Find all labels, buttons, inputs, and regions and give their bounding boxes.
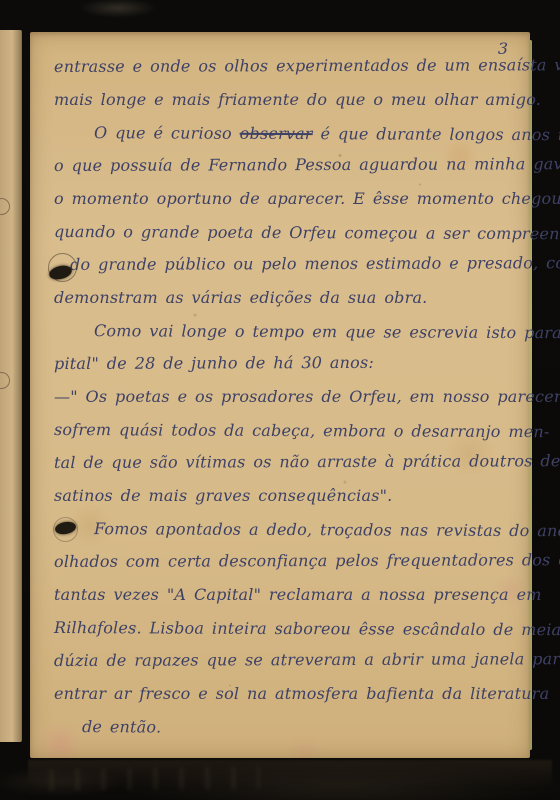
manuscript-line-20: entrar ar fresco e sol na atmosfera bafi… (54, 677, 516, 710)
manuscript-line-14: satinos de mais graves consequências". (54, 479, 516, 512)
manuscript-line-2: mais longe e mais friamente do que o meu… (54, 83, 516, 116)
adjacent-page-strip (0, 30, 22, 742)
manuscript-line-6: quando o grande poeta de Orfeu começou a… (54, 215, 516, 250)
underlying-page-shadow (28, 760, 552, 800)
manuscript-line-11: —" Os poetas e os prosadores de Orfeu, e… (54, 380, 516, 413)
manuscript-line-1: entrasse e onde os olhos experimentados … (54, 48, 516, 83)
punch-hole-ring (0, 198, 10, 215)
manuscript-line-18: Rilhafoles. Lisboa inteira saboreou êsse… (54, 611, 516, 646)
manuscript-line-5: o momento oportuno de aparecer. E êsse m… (54, 182, 516, 215)
manuscript-line-13: tal de que são vítimas os não arraste à … (54, 444, 516, 479)
manuscript-line-21: de então. (54, 710, 516, 745)
line3-after: é que durante longos anos tudo (313, 124, 560, 144)
manuscript-line-16: olhados com certa desconfiança pelos fre… (54, 543, 516, 578)
manuscript-line-7: do grande público ou pelo menos estimado… (54, 246, 516, 281)
manuscript-line-12: sofrem quási todos da cabeça, embora o d… (54, 413, 516, 448)
manuscript-line-3: O que é curioso observar é que durante l… (54, 116, 516, 151)
manuscript-line-9: Como vai longe o tempo em que se escrevi… (54, 314, 516, 349)
manuscript-line-10: pital" de 28 de junho de há 30 anos: (54, 345, 516, 380)
punch-hole-ring (0, 372, 10, 389)
manuscript-line-15: Fomos apontados a dedo, troçados nas rev… (54, 512, 516, 547)
underlying-page-faint-text (40, 767, 260, 791)
manuscript-page: 3 entrasse e onde os olhos experimentado… (30, 32, 530, 758)
manuscript-line-4: o que possuía de Fernando Pessoa aguardo… (54, 147, 516, 182)
manuscript-line-17: tantas vezes "A Capital" reclamara a nos… (54, 578, 516, 611)
manuscript-text: entrasse e onde os olhos experimentados … (54, 50, 516, 743)
line3-before: O que é curioso (94, 123, 240, 143)
scanned-document-background: 3 entrasse e onde os olhos experimentado… (0, 0, 560, 800)
manuscript-line-8: demonstram as várias edições da sua obra… (54, 281, 516, 314)
manuscript-line-19: dúzia de rapazes que se atreveram a abri… (54, 642, 516, 677)
strikethrough-word: observar (240, 124, 313, 143)
